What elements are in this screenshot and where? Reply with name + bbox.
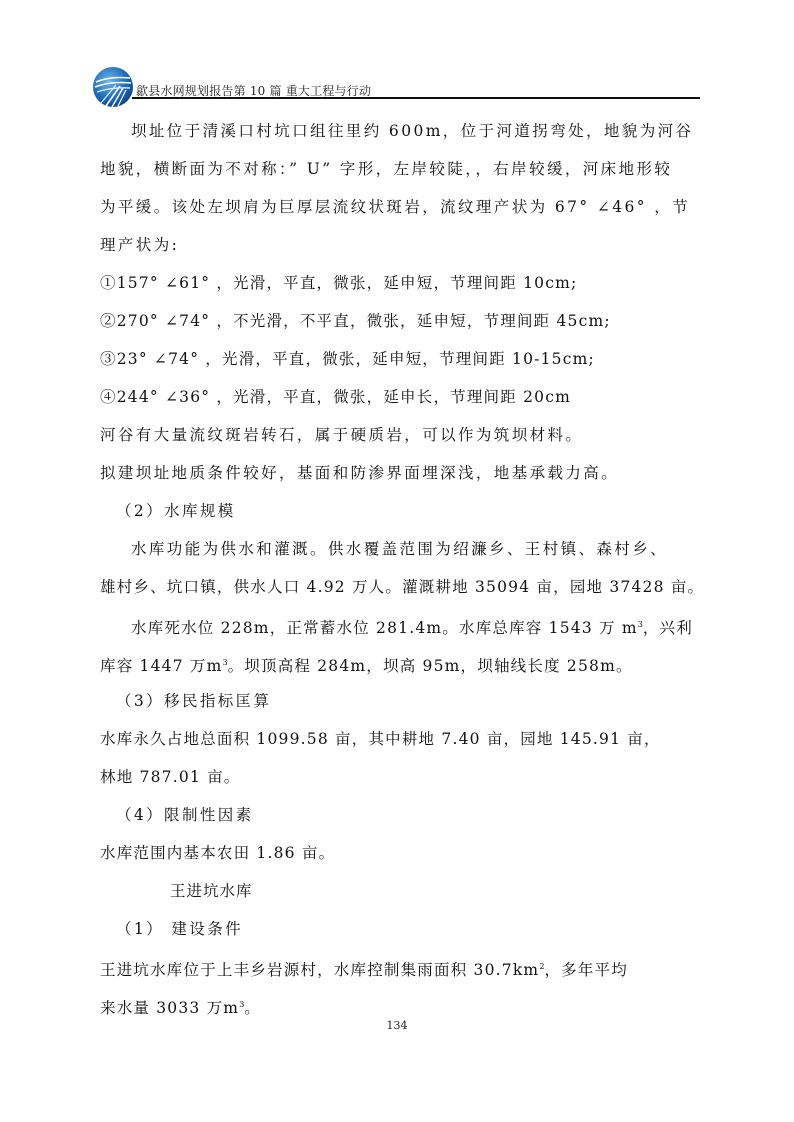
inflow-text-a: 来水量 3033 万m <box>100 999 239 1017</box>
page-header: 歙县水网规划报告第 10 篇 重大工程与行动 <box>92 64 702 110</box>
paragraph-land-use-line-2: 林地 787.01 亩。 <box>100 758 700 796</box>
joint-item-3: ③23° ∠74° ，光滑，平直，微张，延申短，节理间距 10-15cm; <box>100 340 700 378</box>
heading-wangjinkeng-reservoir: 王进坑水库 <box>100 872 700 910</box>
catchment-text-b: ，多年平均 <box>544 961 628 979</box>
water-levels-text-b: ，兴利 <box>643 619 693 637</box>
document-body: 坝址位于清溪口村坑口组往里约 600m，位于河道拐弯处，地貌为河谷 地貌，横断面… <box>100 112 700 1024</box>
page-number: 134 <box>0 1019 794 1032</box>
paragraph-catchment-line-1: 王进坑水库位于上丰乡岩源村，水库控制集雨面积 30.7km2，多年平均 <box>100 948 700 986</box>
water-levels-text-a: 水库死水位 228m，正常蓄水位 281.4m。水库总库容 1543 万 m <box>131 619 638 637</box>
joint-item-2: ②270° ∠74° ，不光滑，不平直，微张，延申短，节理间距 45cm; <box>100 302 700 340</box>
paragraph-geology-conditions: 拟建坝址地质条件较好，基面和防渗界面埋深浅，地基承载力高。 <box>100 454 700 492</box>
section-heading-resettlement: （3）移民指标匡算 <box>100 682 700 720</box>
joint-item-1: ①157° ∠61° ，光滑，平直，微张，延申短，节理间距 10cm; <box>100 264 700 302</box>
capacity-text-b: 。坝顶高程 284m，坝高 95m，坝轴线长度 258m。 <box>228 657 633 675</box>
capacity-text-a: 库容 1447 万m <box>100 657 223 675</box>
paragraph-dam-site-line-2: 地貌，横断面为不对称：” U” 字形，左岸较陡，，右岸较缓，河床地形较 <box>100 150 700 188</box>
section-heading-reservoir-scale: （2）水库规模 <box>100 492 700 530</box>
catchment-text-a: 王进坑水库位于上丰乡岩源村，水库控制集雨面积 30.7km <box>100 961 539 979</box>
paragraph-water-levels-line-2: 库容 1447 万m3。坝顶高程 284m，坝高 95m，坝轴线长度 258m。 <box>100 644 700 682</box>
section-heading-constraints: （4）限制性因素 <box>100 796 700 834</box>
paragraph-dam-site-line-1: 坝址位于清溪口村坑口组往里约 600m，位于河道拐弯处，地貌为河谷 <box>100 112 700 150</box>
paragraph-dam-site-line-3: 为平缓。该处左坝肩为巨厚层流纹状斑岩，流纹理产状为 67° ∠46° ，节 <box>100 188 700 226</box>
paragraph-water-levels-line-1: 水库死水位 228m，正常蓄水位 281.4m。水库总库容 1543 万 m3，… <box>100 606 700 644</box>
paragraph-farmland: 水库范围内基本农田 1.86 亩。 <box>100 834 700 872</box>
header-divider <box>132 97 700 99</box>
water-network-logo-icon <box>92 66 134 108</box>
joint-item-4: ④244° ∠36° ，光滑，平直，微张，延申长，节理间距 20cm <box>100 378 700 416</box>
paragraph-dam-site-line-4: 理产状为: <box>100 226 700 264</box>
section-heading-construction-conditions: （1） 建设条件 <box>100 910 700 948</box>
paragraph-function-line-2: 雄村乡、坑口镇，供水人口 4.92 万人。灌溉耕地 35094 亩，园地 374… <box>100 568 700 606</box>
paragraph-function-line-1: 水库功能为供水和灌溉。供水覆盖范围为绍濂乡、王村镇、森村乡、 <box>100 530 700 568</box>
paragraph-land-use-line-1: 水库永久占地总面积 1099.58 亩，其中耕地 7.40 亩，园地 145.9… <box>100 720 700 758</box>
inflow-text-b: 。 <box>244 999 261 1017</box>
paragraph-river-rock: 河谷有大量流纹斑岩转石，属于硬质岩，可以作为筑坝材料。 <box>100 416 700 454</box>
